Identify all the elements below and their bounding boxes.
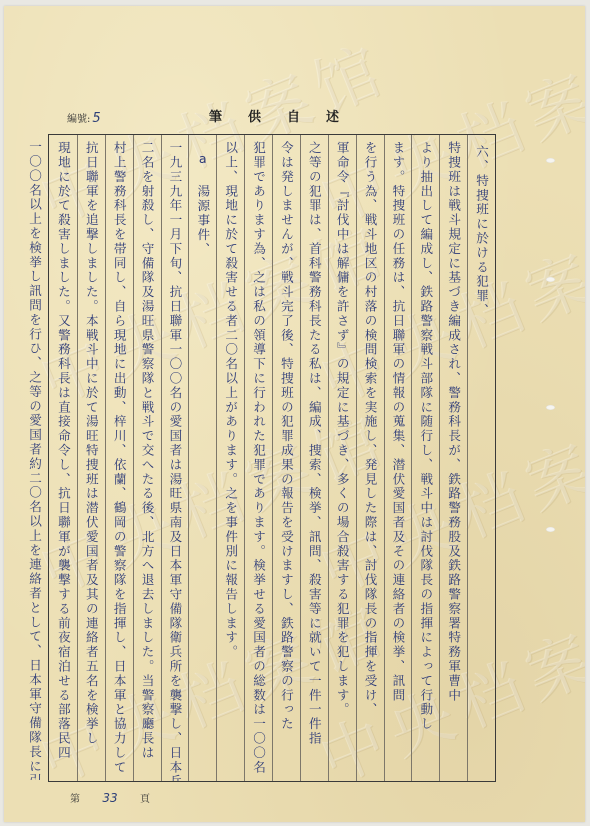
binding-hole: [546, 405, 555, 410]
serial-label-text: 編號:: [67, 114, 90, 125]
title-char: 述: [326, 106, 339, 125]
text-column: より抽出して編成し、鉄路警察戦斗部隊に随行し、戦斗中は討伐隊長の指揮によって行動…: [411, 135, 439, 781]
margin-note: 一〇〇名以上を検挙し訊問を行ひ、之等の愛国者約二〇名以上を連絡者として、日本軍守…: [22, 140, 46, 780]
text-column: 犯罪であります為、之は私の領導下に行われた犯罪であります。検挙せる愛国者の総数は…: [244, 135, 272, 781]
binding-hole: [546, 527, 555, 532]
title-char: 供: [248, 106, 261, 125]
title-char: 自: [287, 106, 300, 125]
text-column: 村上警務科長を帯同し、自ら現地に出動、梓川、依蘭、鶴岡の警察隊を指揮し、日本軍と…: [105, 135, 133, 781]
text-column: 一九三九年一月下旬、抗日聯軍一〇〇名の愛国者は湯旺県南及日本軍守備隊衛兵所を襲撃…: [161, 135, 189, 781]
binding-hole: [546, 277, 555, 282]
text-column: 令は発しませんが、戦斗完了後、特捜班の犯罪成果の報告を受けますし、鉄路警察の行っ…: [272, 135, 300, 781]
text-column: 特捜班は戦斗規定に基づき編成され、警務科長が、鉄路警務股及鉄路警察署特務軍曹中: [439, 135, 467, 781]
text-column: を行う為、戦斗地区の村落の検問検索を実施し、発見した際は、討伐隊長の指揮を受け、: [356, 135, 384, 781]
binding-hole: [546, 158, 555, 163]
title-char: 筆: [209, 106, 222, 125]
serial-label: 編號:5: [67, 110, 101, 126]
text-column: 之等の犯罪は、首科警務科長たる私は、編成、捜索、検挙、訊問、殺害等に就いて一件一…: [300, 135, 328, 781]
page-footer: 第 33 頁: [70, 790, 150, 805]
manuscript-grid: 六、特捜班に於ける犯罪、特捜班は戦斗規定に基づき編成され、警務科長が、鉄路警務股…: [48, 134, 496, 782]
text-column: 六、特捜班に於ける犯罪、: [467, 135, 495, 781]
document-title: 筆 供 自 述: [209, 106, 339, 125]
text-column: 二名を射殺し、守備隊及湯旺県警察隊と戦斗で交へたる後、北方へ退去しました。当警察…: [133, 135, 161, 781]
serial-number: 5: [92, 111, 100, 126]
text-column: ます。特捜班の任務は、抗日聯軍の情報の蒐集、潜伏愛国者及その連絡者の検挙、訊問: [384, 135, 412, 781]
text-column: 抗日聯軍を追撃しました。本戦斗中に於て湯旺特捜班は潜伏愛国者及其の連絡者五名を検…: [77, 135, 105, 781]
text-column: 以上、現地に於て殺害せる者二〇名以上があります。之を事件別に報告します。: [216, 135, 244, 781]
text-column: a 湯源事件、: [188, 135, 216, 781]
footer-prefix: 第: [70, 790, 80, 805]
text-column: 現地に於て殺害しました。又警務科長は直接命令し、抗日聯軍が襲撃する前夜宿泊せる部…: [49, 135, 77, 781]
page-number: 33: [102, 791, 117, 805]
document-page: 中央档案馆 中央档案馆 中央档案馆 中央档案馆 中央档案馆 中央档案馆 中央档案…: [4, 6, 585, 822]
footer-suffix: 頁: [140, 790, 150, 805]
text-column: 軍命令『討伐中は解傭を許さず』の規定に基づき、多くの場合殺害する犯罪を犯します。: [328, 135, 356, 781]
